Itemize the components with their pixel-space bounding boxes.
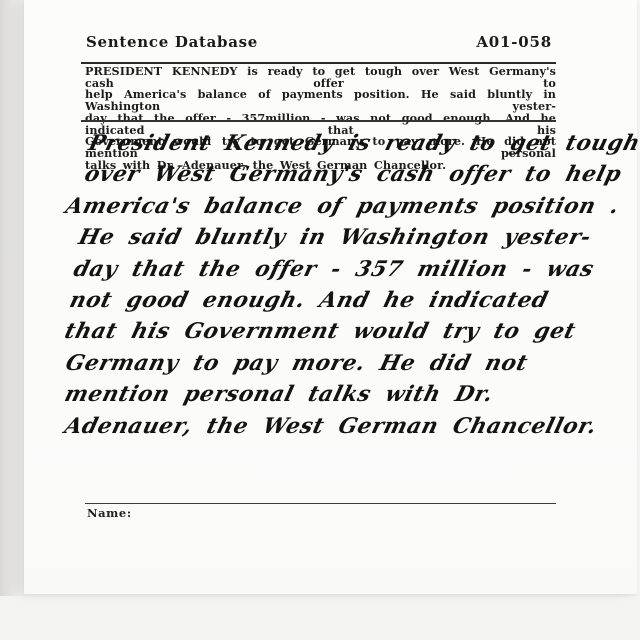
document-id: A01-058 — [476, 33, 552, 51]
handwriting-line: Adenauer, the West German Chancellor. — [62, 414, 600, 439]
handwriting-line: over West Germany's cash offer to help — [82, 162, 624, 187]
name-label: Name: — [87, 506, 132, 520]
paper-sheet: Sentence Database A01-058 PRESIDENT KENN… — [24, 0, 637, 594]
form-title: Sentence Database — [86, 33, 258, 51]
name-rule — [85, 503, 556, 504]
handwriting-line: day that the offer - 357 million - was — [71, 257, 597, 282]
handwriting-line: not good enough. And he indicated — [67, 288, 551, 313]
handwriting-line: that his Government would try to get — [62, 319, 578, 344]
handwriting-line: America's balance of payments position . — [63, 194, 622, 219]
handwriting-line: mention personal talks with Dr. — [62, 382, 496, 407]
handwriting-line: President Kennedy is ready to get tough — [86, 131, 640, 156]
scan-background: Sentence Database A01-058 PRESIDENT KENN… — [0, 0, 640, 640]
typed-line: PRESIDENT KENNEDY is ready to get tough … — [85, 66, 556, 89]
handwriting-line: Germany to pay more. He did not — [63, 351, 530, 376]
typed-line: help America's balance of payments posit… — [85, 89, 556, 112]
prompt-bottom-rule — [81, 120, 556, 122]
handwriting-line: He said bluntly in Washington yester- — [76, 225, 594, 250]
